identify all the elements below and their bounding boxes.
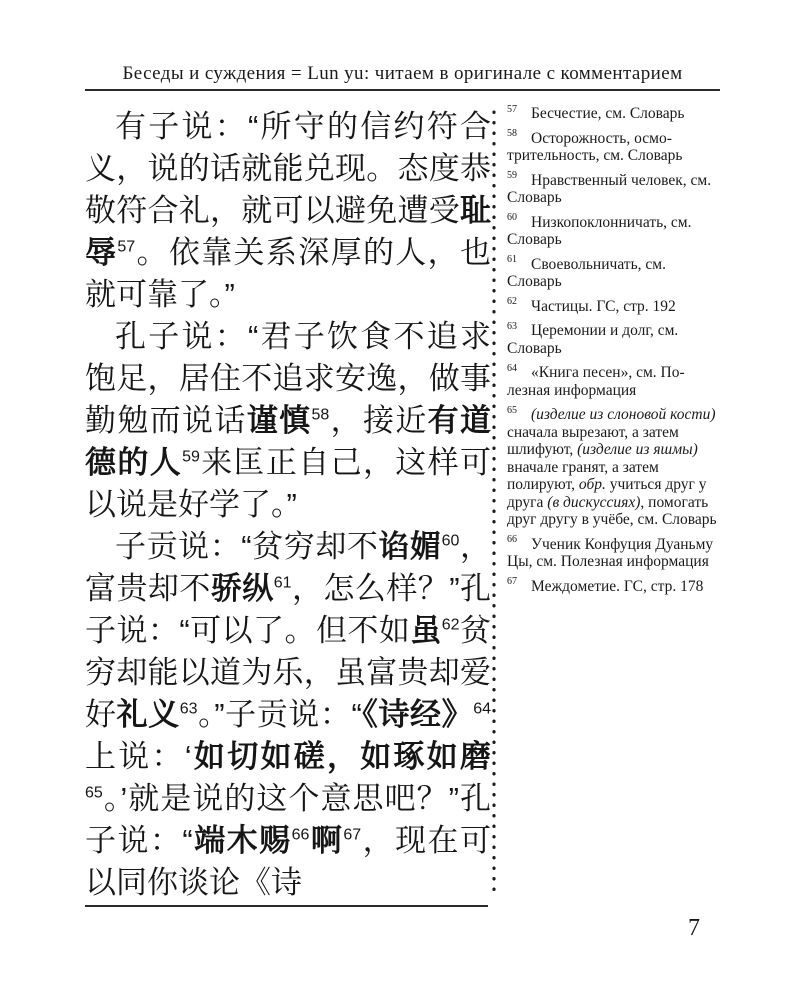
footnote-reference: 65 xyxy=(85,785,103,802)
footnote-number: 64 xyxy=(507,363,517,374)
chinese-text-column: 有子说：“所守的信约符合义，说的话就能兑现。态度恭敬符合礼，就可以避免遭受耻辱5… xyxy=(85,106,491,905)
emphasized-term: 《诗经》 xyxy=(362,697,473,732)
text-run: ，接近 xyxy=(329,403,427,438)
text-run: Своевольничать, см. Словарь xyxy=(507,256,666,291)
chinese-paragraph: 孔子说：“君子饮食不追求饱足，居住不追求安逸，做事勤勉而说话谨慎58，接近有道德… xyxy=(85,316,491,526)
footnotes-column: 57Бесчестие, см. Словарь58Осторожность, … xyxy=(507,105,720,602)
emphasized-term: 端木赐 xyxy=(193,823,292,858)
column-separator-dotted-rule xyxy=(492,107,496,897)
emphasized-term: 虽 xyxy=(410,613,441,648)
page-number: 7 xyxy=(640,915,700,942)
footnote-reference: 66 xyxy=(292,827,310,844)
footnote-reference: 62 xyxy=(442,617,460,634)
footnote-reference: 64 xyxy=(473,701,491,718)
footnote-number: 57 xyxy=(507,104,517,115)
chinese-paragraph: 子贡说：“贫穷却不谄媚60，富贵却不骄纵61，怎么样？”孔子说：“可以了。但不如… xyxy=(85,526,491,904)
footnote-number: 59 xyxy=(507,170,517,181)
footnote-reference: 57 xyxy=(117,239,135,256)
footnote-number: 58 xyxy=(507,128,517,139)
footnote: 62Частицы. ГС, стр. 192 xyxy=(507,298,720,316)
text-run: Ученик Конфуция Ду­аньму Цы, см. Полезна… xyxy=(507,536,713,571)
emphasized-term: 如切如磋，如琢如磨 xyxy=(192,739,491,774)
footnote-reference: 63 xyxy=(180,701,198,718)
footnote: 67Междометие. ГС, стр. 178 xyxy=(507,578,720,596)
footnote-reference: 61 xyxy=(274,575,292,592)
text-run: Бесчестие, см. Словарь xyxy=(531,105,684,122)
italic-gloss: обр. xyxy=(579,476,606,493)
footnote-reference: 67 xyxy=(343,827,361,844)
footnote-reference: 59 xyxy=(182,449,200,466)
footnote-number: 62 xyxy=(507,296,517,307)
italic-gloss: (изделие из слоновой кости) xyxy=(531,406,716,423)
footnote-number: 61 xyxy=(507,254,517,265)
footnote-reference: 60 xyxy=(442,533,460,550)
text-run: Церемонии и долг, см. Словарь xyxy=(507,322,678,357)
italic-gloss: (изделие из яшмы) xyxy=(577,441,698,458)
footnote: 57Бесчестие, см. Словарь xyxy=(507,105,720,123)
footnote: 64«Книга песен», см. По­лезная информаци… xyxy=(507,364,720,399)
emphasized-term: 谨慎 xyxy=(247,403,312,438)
text-run: 。依靠关系深厚的人，也就可靠了。” xyxy=(85,235,491,312)
emphasized-term: 骄纵 xyxy=(211,571,274,606)
running-header-title: Беседы и суждения = Lun yu: читаем в ори… xyxy=(85,63,720,85)
footnote: 66Ученик Конфуция Ду­аньму Цы, см. Полез… xyxy=(507,536,720,571)
footnote-number: 66 xyxy=(507,534,517,545)
emphasized-term: 谄媚 xyxy=(378,529,441,564)
text-end-rule xyxy=(85,905,488,907)
text-run: 上说：‘ xyxy=(85,739,192,774)
footnote: 63Церемонии и долг, см. Словарь xyxy=(507,322,720,357)
text-run: Междометие. ГС, стр. 178 xyxy=(531,578,703,595)
footnote-number: 63 xyxy=(507,321,517,332)
text-run: Нравственный чело­век, см. Словарь xyxy=(507,172,711,207)
footnote: 60Низкопоклонничать, см. Словарь xyxy=(507,214,720,249)
footnote-number: 67 xyxy=(507,576,517,587)
text-run: Низкопоклонничать, см. Словарь xyxy=(507,214,691,249)
text-run: Осторожность, осмо­трительность, см. Сло… xyxy=(507,130,682,165)
header-rule xyxy=(85,89,720,91)
text-run: Частицы. ГС, стр. 192 xyxy=(531,298,676,315)
footnote: 65(изделие из слоновой кости) сначала вы… xyxy=(507,406,720,529)
italic-gloss: (в дискуссиях) xyxy=(547,494,640,511)
footnote-reference: 58 xyxy=(311,407,329,424)
footnote-number: 65 xyxy=(507,405,517,416)
emphasized-term: 礼义 xyxy=(117,697,180,732)
text-run: 有子说：“所守的信约符合义，说的话就能兑现。态度恭敬符合礼，就可以避免遭受 xyxy=(85,109,491,228)
text-run: 。”子贡说：“ xyxy=(198,697,362,732)
footnote-number: 60 xyxy=(507,212,517,223)
text-run: 子贡说：“贫穷却不 xyxy=(115,529,378,564)
text-run: «Книга песен», см. По­лезная информация xyxy=(507,364,685,399)
footnote: 59Нравственный чело­век, см. Словарь xyxy=(507,172,720,207)
book-page: Беседы и суждения = Lun yu: читаем в ори… xyxy=(0,0,800,1000)
chinese-paragraph: 有子说：“所守的信约符合义，说的话就能兑现。态度恭敬符合礼，就可以避免遭受耻辱5… xyxy=(85,106,491,316)
footnote: 58Осторожность, осмо­трительность, см. С… xyxy=(507,130,720,165)
emphasized-term: 啊 xyxy=(309,823,343,858)
footnote: 61Своевольничать, см. Словарь xyxy=(507,256,720,291)
